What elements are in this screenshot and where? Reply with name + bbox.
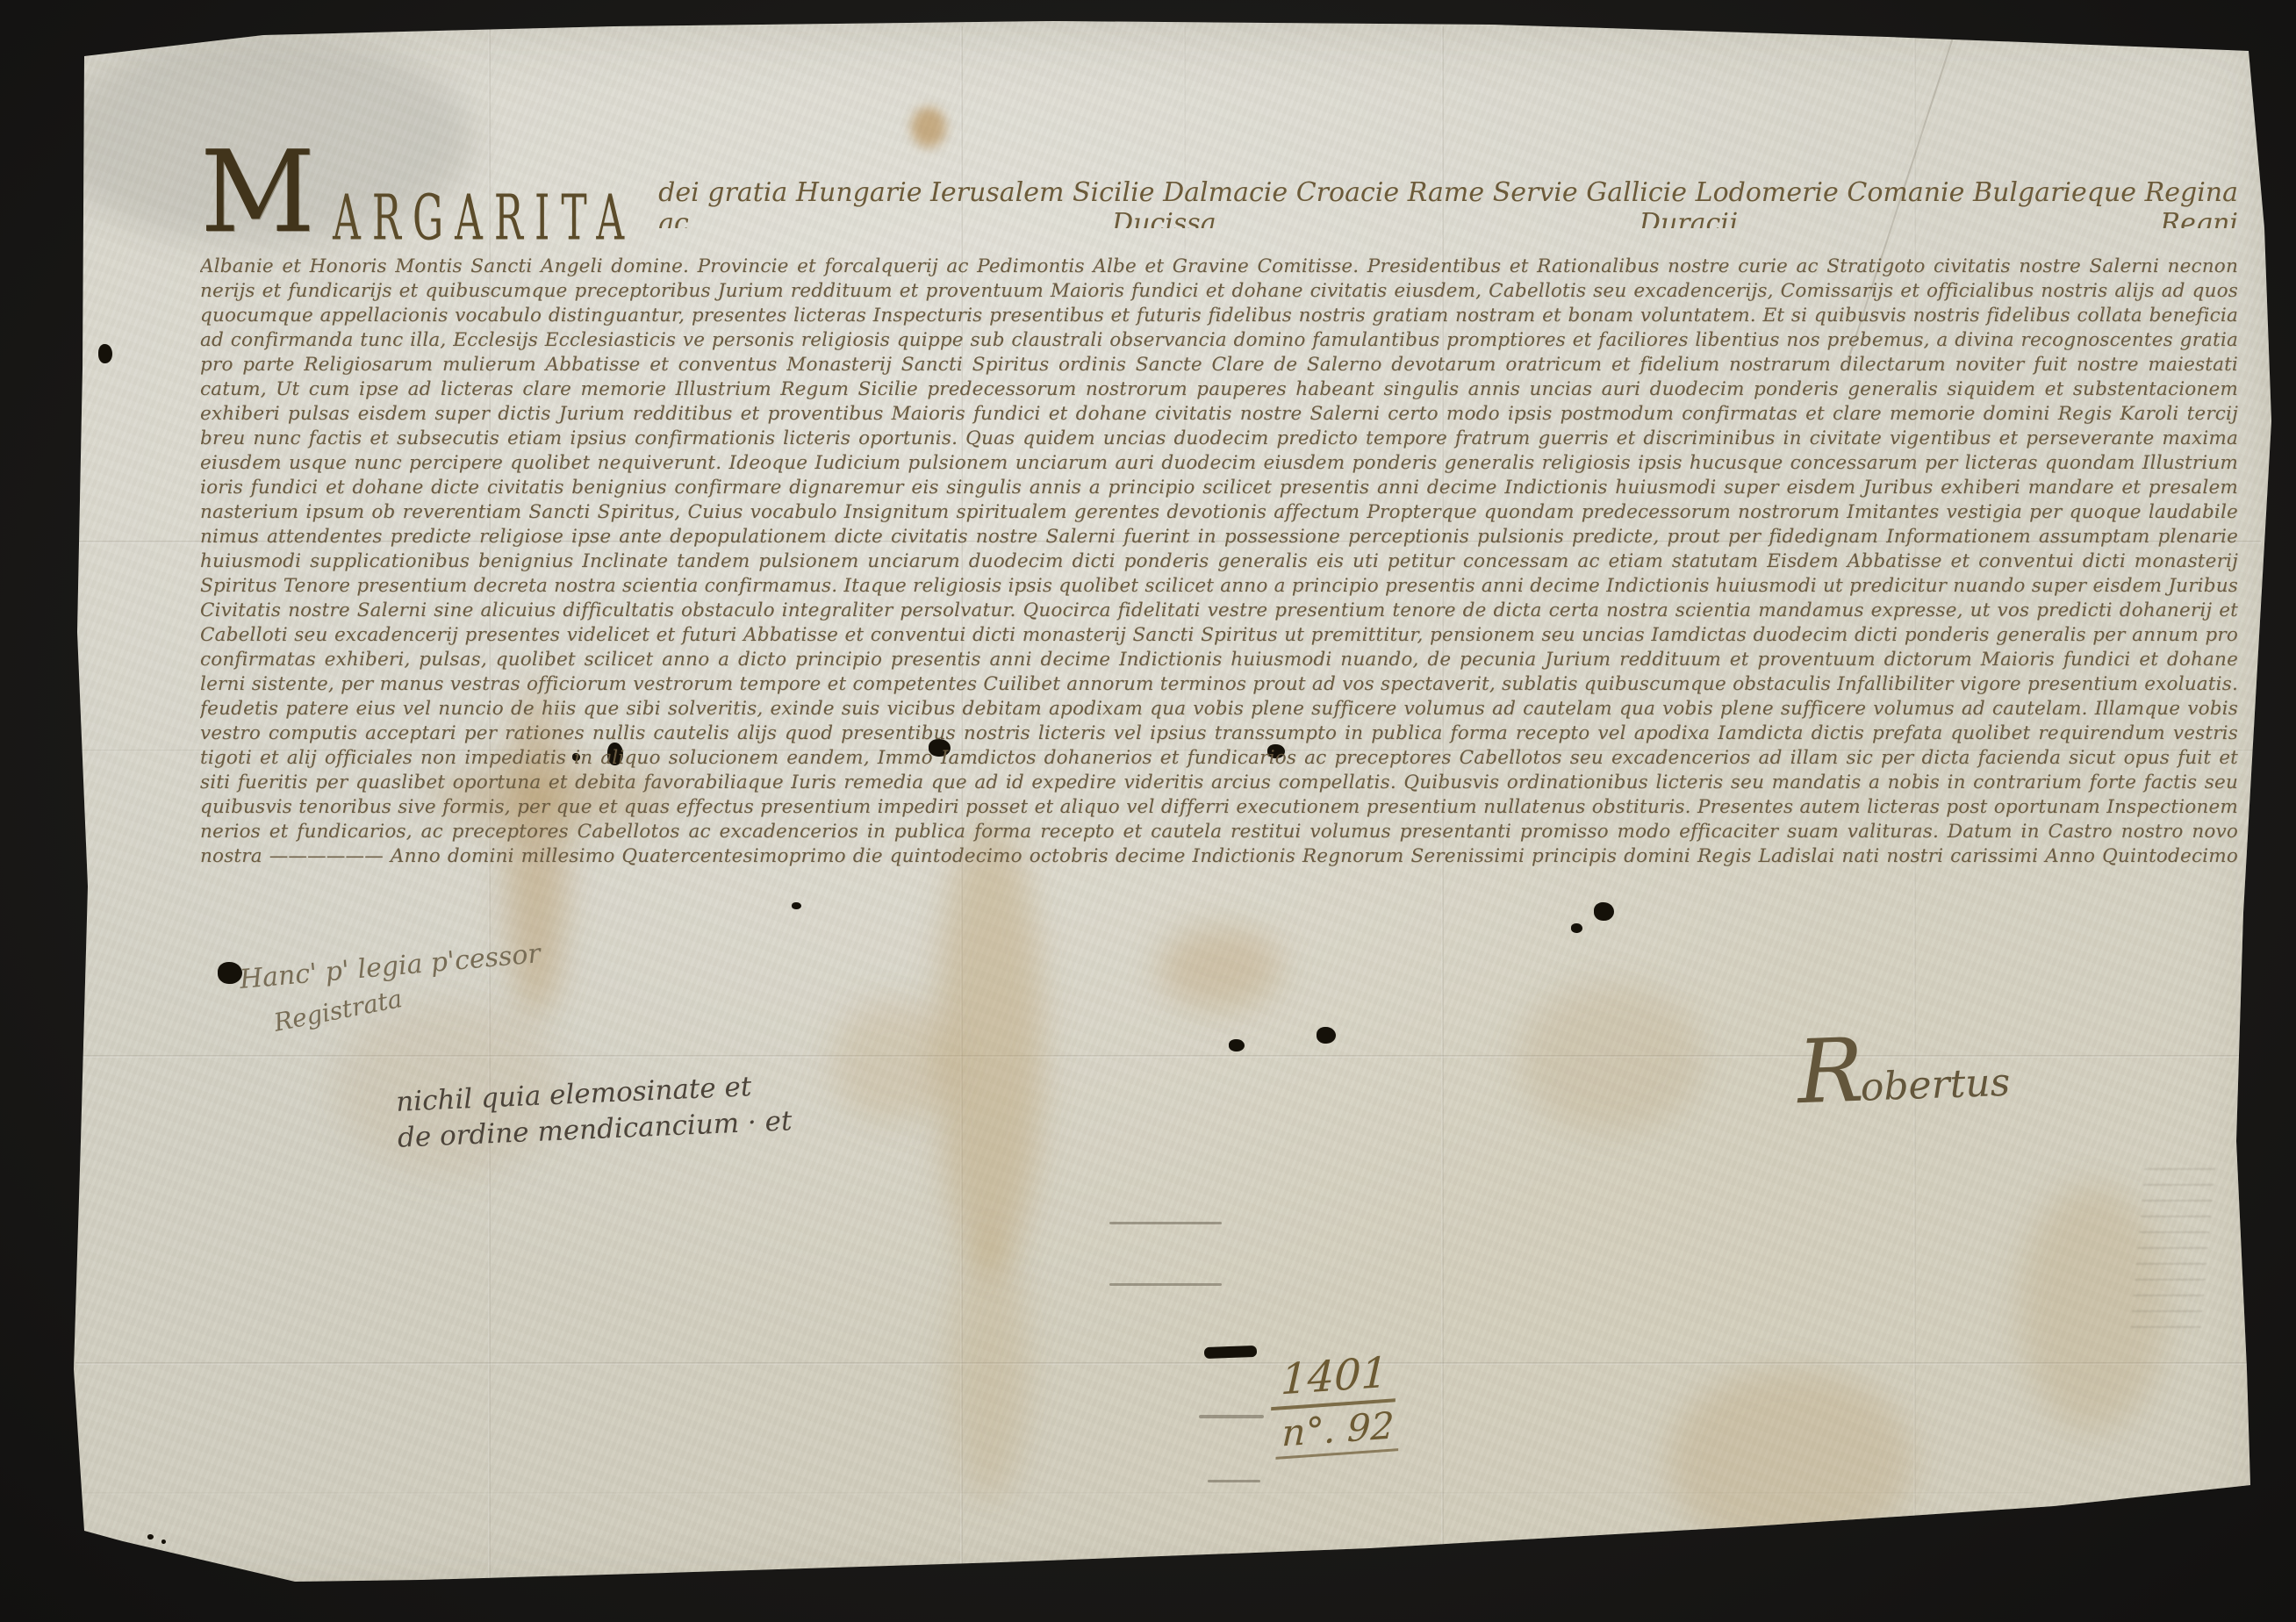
archival-number: 1401 n°. 92	[1253, 1346, 1418, 1461]
ink-blot	[147, 1534, 154, 1539]
charter-line: ad confirmanda tunc illa, Ecclesijs Eccl…	[200, 328, 2238, 353]
signature-name: obertus	[1860, 1060, 2011, 1110]
signature-flourished-initial: R	[1796, 1019, 1865, 1124]
charter-line: siti fueritis per quaslibet oportuna et …	[200, 771, 2238, 795]
charter-line: feudetis patere eius vel nuncio de hiis …	[200, 697, 2238, 721]
stain	[937, 816, 1043, 1273]
fold-crease-horizontal	[75, 1362, 2261, 1365]
archival-year: 1401	[1271, 1347, 1397, 1410]
charter-text: M ARGARITA dei gratia Hungarie Ierusalem…	[200, 151, 2238, 869]
illuminated-initial: M	[200, 147, 315, 240]
charter-line: nerios et fundicarios, ac preceptores Ca…	[200, 820, 2238, 844]
charter-line: Cabelloti seu excadencerij presentes vid…	[200, 623, 2238, 648]
chancellor-signature: Robertus	[1797, 1030, 2011, 1112]
charter-line: quocumque appellacionis vocabulo disting…	[200, 304, 2238, 328]
stain	[950, 1238, 1029, 1501]
faint-dash	[1199, 1415, 1264, 1418]
charter-line: lerni sistente, per manus vestras offici…	[200, 672, 2238, 697]
charter-line: exhiberi pulsas eisdem super dictis Juri…	[200, 402, 2238, 427]
charter-line: huiusmodi supplicationibus benignius Inc…	[200, 549, 2238, 574]
ink-blot	[98, 344, 112, 363]
parchment-sheet: M ARGARITA dei gratia Hungarie Ierusalem…	[0, 0, 2296, 1622]
charter-heading: M ARGARITA dei gratia Hungarie Ierusalem…	[200, 151, 2238, 255]
charter-line: vestro computis acceptari per rationes n…	[200, 721, 2238, 746]
ink-blot	[161, 1539, 166, 1544]
ink-dash-heavy	[1204, 1346, 1257, 1359]
stain	[1159, 926, 1281, 1009]
charter-line: nimus attendentes predicte religiose ips…	[200, 525, 2238, 549]
stain	[1668, 1369, 1913, 1554]
charter-line: Albanie et Honoris Montis Sancti Angeli …	[200, 255, 2238, 279]
stain	[1518, 983, 1703, 1132]
queen-name-display: ARGARITA	[333, 151, 635, 255]
ink-blot	[1594, 902, 1614, 921]
archival-item-number: n°. 92	[1275, 1403, 1400, 1460]
ink-blot	[792, 902, 801, 909]
faint-dash	[1109, 1283, 1222, 1286]
ink-blot	[1229, 1039, 1245, 1051]
charter-line: confirmatas exhiberi, pulsas, quolibet s…	[200, 648, 2238, 672]
charter-line: Civitatis nostre Salerni sine alicuius d…	[200, 599, 2238, 623]
charter-dateline: nostra —————— Anno domini millesimo Quat…	[200, 844, 2238, 869]
ink-blot	[1317, 1027, 1336, 1044]
charter-line: ioris fundici et dohane dicte civitatis …	[200, 476, 2238, 500]
photograph-background: M ARGARITA dei gratia Hungarie Ierusalem…	[0, 0, 2296, 1622]
ink-blot	[1571, 923, 1582, 933]
charter-line: quibusvis tenoribus sive formis, per que…	[200, 795, 2238, 820]
charter-line: eiusdem usque nunc percipere quolibet ne…	[200, 451, 2238, 476]
charter-line: tigoti et alij officiales non impediatis…	[200, 746, 2238, 771]
charter-line: pro parte Religiosarum mulierum Abbatiss…	[200, 353, 2238, 377]
faint-dash	[1208, 1480, 1260, 1482]
charter-line: nasterium ipsum ob reverentiam Sancti Sp…	[200, 500, 2238, 525]
charter-line: Spiritus Tenore presentium decreta nostr…	[200, 574, 2238, 599]
faint-dash	[1109, 1222, 1222, 1224]
royal-intitulatio: dei gratia Hungarie Ierusalem Sicilie Da…	[658, 151, 2238, 228]
stain	[832, 1001, 955, 1123]
stain	[911, 107, 946, 147]
charter-line: breu nunc factis et subsecutis etiam ips…	[200, 427, 2238, 451]
charter-line: catum, Ut cum ipse ad licteras clare mem…	[200, 377, 2238, 402]
charter-line: nerijs et fundicarijs et quibuscumque pr…	[200, 279, 2238, 304]
